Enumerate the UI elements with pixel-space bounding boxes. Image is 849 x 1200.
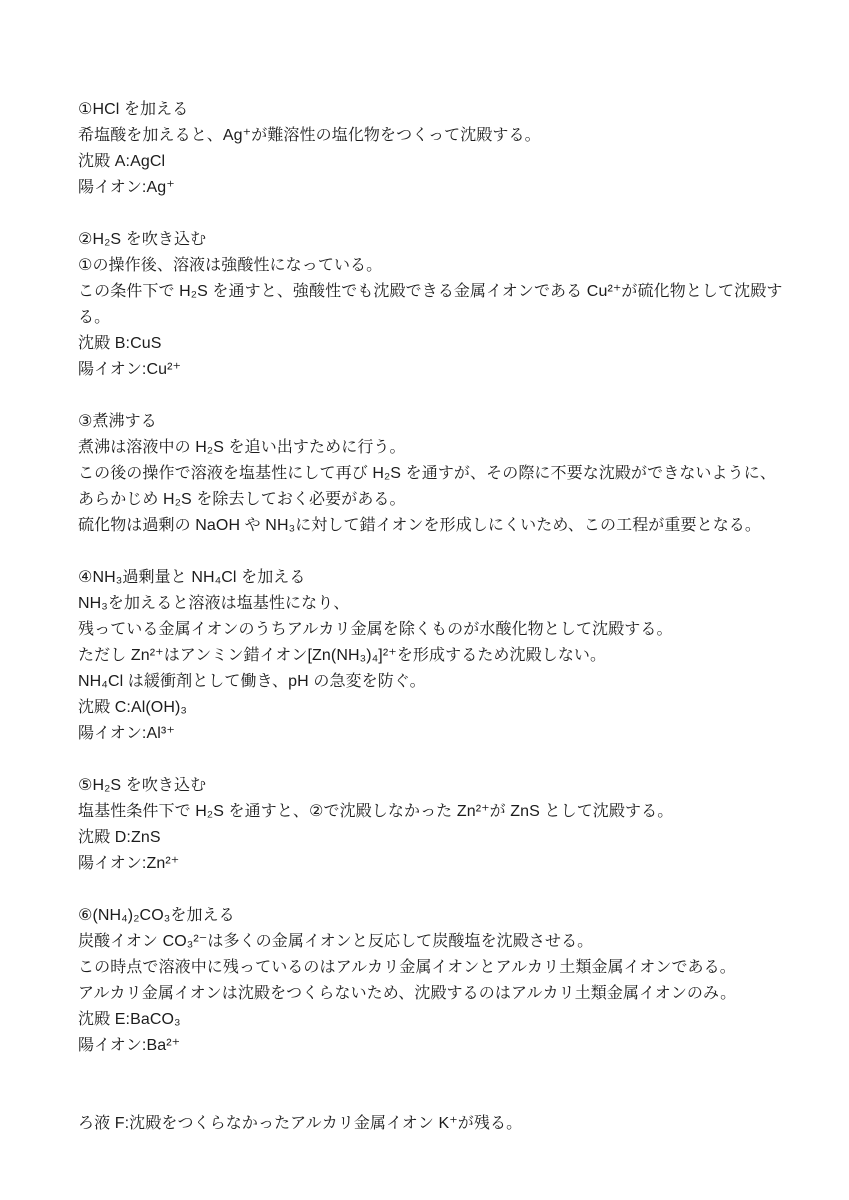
step-6-description: アルカリ金属イオンは沈殿をつくらないため、沈殿するのはアルカリ土類金属イオンのみ… [78,981,801,1007]
step-4-section: ④NH₃過剰量と NH₄Cl を加える NH₃を加えると溶液は塩基性になり、 残… [78,565,801,747]
step-4-description: NH₄Cl は緩衝剤として働き、pH の急変を防ぐ。 [78,669,801,695]
step-6-description: 炭酸イオン CO₃²⁻は多くの金属イオンと反応して炭酸塩を沈殿させる。 [78,929,801,955]
step-6-description: この時点で溶液中に残っているのはアルカリ金属イオンとアルカリ土類金属イオンである… [78,955,801,981]
step-2-description: この条件下で H₂S を通すと、強酸性でも沈殿できる金属イオンである Cu²⁺が… [78,279,801,331]
step-5-heading: ⑤H₂S を吹き込む [78,773,801,799]
step-5-section: ⑤H₂S を吹き込む 塩基性条件下で H₂S を通すと、②で沈殿しなかった Zn… [78,773,801,877]
step-6-cation: 陽イオン:Ba²⁺ [78,1033,801,1059]
step-4-cation: 陽イオン:Al³⁺ [78,721,801,747]
step-2-cation: 陽イオン:Cu²⁺ [78,357,801,383]
step-1-cation: 陽イオン:Ag⁺ [78,175,801,201]
step-2-section: ②H₂S を吹き込む ①の操作後、溶液は強酸性になっている。 この条件下で H₂… [78,227,801,383]
step-6-heading: ⑥(NH₄)₂CO₃を加える [78,903,801,929]
document-page: ①HCl を加える 希塩酸を加えると、Ag⁺が難溶性の塩化物をつくって沈殿する。… [0,0,849,1200]
step-4-description: ただし Zn²⁺はアンミン錯イオン[Zn(NH₃)₄]²⁺を形成するため沈殿しな… [78,643,801,669]
step-4-description: 残っている金属イオンのうちアルカリ金属を除くものが水酸化物として沈殿する。 [78,617,801,643]
step-5-description: 塩基性条件下で H₂S を通すと、②で沈殿しなかった Zn²⁺が ZnS として… [78,799,801,825]
step-5-cation: 陽イオン:Zn²⁺ [78,851,801,877]
step-3-section: ③煮沸する 煮沸は溶液中の H₂S を追い出すために行う。 この後の操作で溶液を… [78,409,801,539]
step-3-description: 硫化物は過剰の NaOH や NH₃に対して錯イオンを形成しにくいため、この工程… [78,513,801,539]
filtrate-result: ろ液 F:沈殿をつくらなかったアルカリ金属イオン K⁺が残る。 [78,1111,801,1137]
step-6-precipitate: 沈殿 E:BaCO₃ [78,1007,801,1033]
step-1-precipitate: 沈殿 A:AgCl [78,149,801,175]
step-3-description: 煮沸は溶液中の H₂S を追い出すために行う。 [78,435,801,461]
step-1-section: ①HCl を加える 希塩酸を加えると、Ag⁺が難溶性の塩化物をつくって沈殿する。… [78,97,801,201]
step-4-description: NH₃を加えると溶液は塩基性になり、 [78,591,801,617]
step-5-precipitate: 沈殿 D:ZnS [78,825,801,851]
step-2-heading: ②H₂S を吹き込む [78,227,801,253]
step-3-description: この後の操作で溶液を塩基性にして再び H₂S を通すが、その際に不要な沈殿ができ… [78,461,801,487]
step-6-section: ⑥(NH₄)₂CO₃を加える 炭酸イオン CO₃²⁻は多くの金属イオンと反応して… [78,903,801,1059]
step-4-heading: ④NH₃過剰量と NH₄Cl を加える [78,565,801,591]
step-1-heading: ①HCl を加える [78,97,801,123]
step-4-precipitate: 沈殿 C:Al(OH)₃ [78,695,801,721]
step-3-heading: ③煮沸する [78,409,801,435]
step-2-description: ①の操作後、溶液は強酸性になっている。 [78,253,801,279]
step-2-precipitate: 沈殿 B:CuS [78,331,801,357]
step-3-description: あらかじめ H₂S を除去しておく必要がある。 [78,487,801,513]
step-1-description: 希塩酸を加えると、Ag⁺が難溶性の塩化物をつくって沈殿する。 [78,123,801,149]
